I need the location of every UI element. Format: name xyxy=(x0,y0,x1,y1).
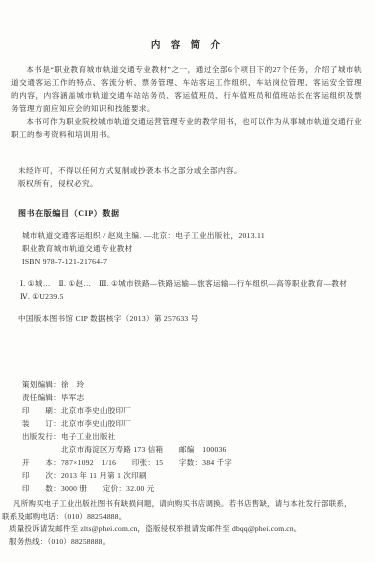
colophon-line-binder: 装 订：北京市李史山胶印厂 xyxy=(22,417,375,430)
intro-paragraph-1: 本书是“职业教育城市轨道交通专业教材”之一，通过全部6个项目下的27个任务，介绍… xyxy=(11,63,362,115)
colophon-line-publisher: 出版发行：电子工业出版社 xyxy=(22,430,375,443)
colophon-line-printer: 印 刷：北京市李史山胶印厂 xyxy=(22,404,375,417)
footer-complaint-email-line: 质量投诉请发邮件至 zlts@phei.com.cn，盗版侵权举报请发邮件至 d… xyxy=(2,523,367,536)
colophon-line-planning-editor: 策划编辑：徐 玲 xyxy=(22,378,375,391)
colophon: 策划编辑：徐 玲 责任编辑：毕军志 印 刷：北京市李史山胶印厂 装 订：北京市李… xyxy=(22,378,375,495)
colophon-line-responsible-editor: 责任编辑：毕军志 xyxy=(22,391,375,404)
footer-exchange-line-1: 凡所购买电子工业出版社图书有缺损问题，请向购买书店调换。若书店售缺，请与本社发行… xyxy=(2,498,367,511)
cip-title-line: 城市轨道交通客运组织 / 赵岚主编. —北京：电子工业出版社，2013.11 xyxy=(22,229,375,242)
intro-title: 内 容 简 介 xyxy=(0,40,375,53)
colophon-line-print-run-date: 印 次：2013 年 11 月第 1 次印刷 xyxy=(22,469,375,482)
footer-exchange-line-2: 联系及邮购电话：（010）88254888。 xyxy=(2,511,367,524)
intro-paragraph-2: 本书可作为职业院校城市轨道交通运营管理专业的教学用书，也可以作为从事城市轨道交通… xyxy=(11,115,362,141)
cip-heading: 图书在版编目（CIP）数据 xyxy=(18,207,375,220)
colophon-line-address: 北京市海淀区万寿路 173 信箱 邮编 100036 xyxy=(22,443,375,456)
cip-class-line-1: Ⅰ. ①城… Ⅱ. ①赵… Ⅲ. ①城市铁路—铁路运输—旅客运输—行车组织—高等… xyxy=(20,277,375,290)
copyright-notice-line-1: 未经许可，不得以任何方式复制或抄袭本书之部分或全部内容。 xyxy=(18,164,375,177)
colophon-line-format: 开 本：787×1092 1/16 印张：15 字数：384 千字 xyxy=(22,456,375,469)
cip-class-line-2: Ⅳ. ①U239.5 xyxy=(20,290,375,303)
copyright-page: 内 容 简 介 本书是“职业教育城市轨道交通专业教材”之一，通过全部6个项目下的… xyxy=(0,0,375,563)
copyright-notice-line-2: 版权所有，侵权必究。 xyxy=(18,177,375,190)
cip-isbn: ISBN 978-7-121-21764-7 xyxy=(22,255,375,268)
copyright-notice: 未经许可，不得以任何方式复制或抄袭本书之部分或全部内容。 版权所有，侵权必究。 xyxy=(18,164,375,190)
cip-record-number: 中国版本图书馆 CIP 数据核字（2013）第 257633 号 xyxy=(18,312,375,325)
cip-classification: Ⅰ. ①城… Ⅱ. ①赵… Ⅲ. ①城市铁路—铁路运输—旅客运输—行车组织—高等… xyxy=(20,277,375,303)
footer-service-hotline-line: 服务热线：（010）88258888。 xyxy=(2,536,367,549)
cip-bibliographic-lines: 城市轨道交通客运组织 / 赵岚主编. —北京：电子工业出版社，2013.11 职… xyxy=(22,229,375,268)
cip-block: 图书在版编目（CIP）数据 城市轨道交通客运组织 / 赵岚主编. —北京：电子工… xyxy=(0,207,375,325)
colophon-line-copies-price: 印 数：3000 册 定价：32.00 元 xyxy=(22,482,375,495)
purchase-service-notice: 凡所购买电子工业出版社图书有缺损问题，请向购买书店调换。若书店售缺，请与本社发行… xyxy=(2,498,367,548)
cip-series-line: 职业教育城市轨道交通专业教材 xyxy=(22,242,375,255)
